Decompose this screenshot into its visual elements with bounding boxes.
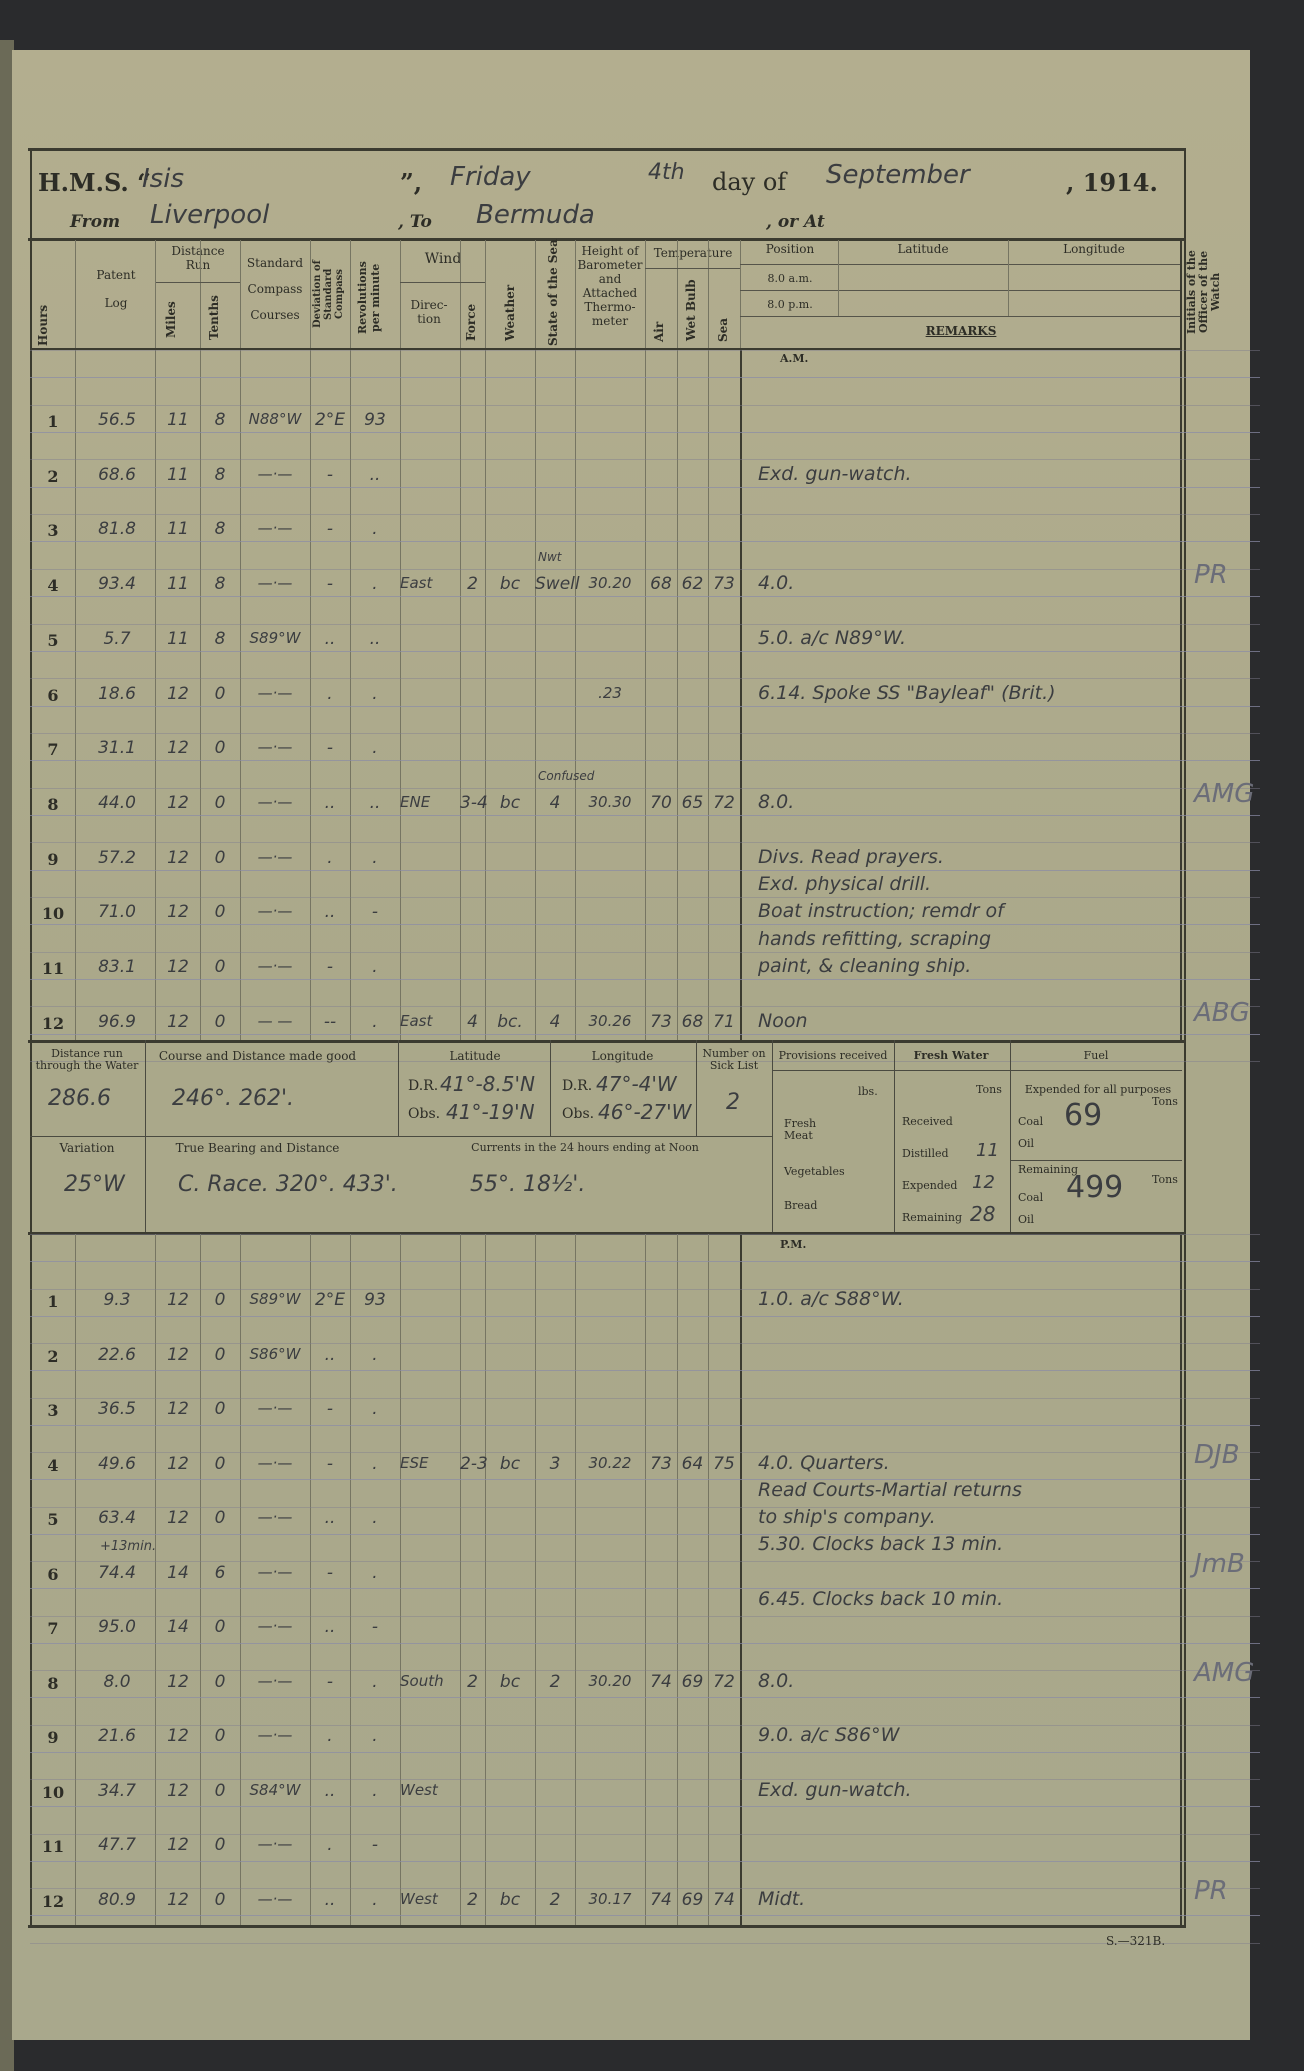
cell-sea-state: 2 bbox=[535, 1672, 575, 1692]
cell-tenths: 0 bbox=[200, 902, 240, 922]
cell-wet: 69 bbox=[677, 1890, 708, 1910]
cell-deviation: - bbox=[310, 1454, 350, 1474]
cell-revs: . bbox=[350, 684, 400, 704]
ruled-line bbox=[30, 1915, 1260, 1916]
hour-label: 9 bbox=[38, 1728, 68, 1747]
cell-air: 73 bbox=[645, 1012, 677, 1032]
cell-wind-dir: South bbox=[400, 1672, 460, 1690]
cell-course: — — bbox=[240, 1012, 310, 1030]
grid-column-line bbox=[740, 1234, 742, 1925]
cell-course: —·— bbox=[240, 793, 310, 811]
cell-log: 18.6 bbox=[80, 684, 154, 704]
cell-wet: 62 bbox=[677, 574, 708, 594]
cell-miles: 12 bbox=[156, 684, 200, 704]
pm-label: P.M. bbox=[780, 1238, 806, 1251]
cell-sea: 71 bbox=[708, 1012, 740, 1032]
ruled-line bbox=[30, 897, 1260, 898]
cell-tenths: 8 bbox=[200, 410, 240, 430]
cell-course: N88°W bbox=[240, 410, 310, 428]
header-column-line bbox=[155, 240, 156, 348]
officer-initials: AMG bbox=[1194, 1658, 1254, 1688]
cell-force: 3-4 bbox=[460, 793, 485, 813]
officer-initials: PR bbox=[1194, 1876, 1228, 1906]
col-position-am: 8.0 a.m. bbox=[742, 272, 838, 286]
hour-label: 5 bbox=[38, 1510, 68, 1529]
cell-wind-dir: East bbox=[400, 1012, 460, 1030]
cell-miles: 12 bbox=[156, 1399, 200, 1419]
fuel-expended-unit: Tons bbox=[1152, 1096, 1178, 1108]
cell-deviation: .. bbox=[310, 1617, 350, 1637]
coal-expended-label: Coal bbox=[1018, 1116, 1043, 1128]
hour-label: 6 bbox=[38, 1565, 68, 1584]
col-remarks: REMARKS bbox=[742, 324, 1180, 338]
cell-miles: 12 bbox=[156, 793, 200, 813]
cell-miles: 12 bbox=[156, 1454, 200, 1474]
cell-tenths: 0 bbox=[200, 793, 240, 813]
cell-wind-dir: West bbox=[400, 1890, 460, 1908]
hour-label: 7 bbox=[38, 1619, 68, 1638]
cell-course: S89°W bbox=[240, 1290, 310, 1308]
position-divider-3 bbox=[740, 316, 1180, 317]
cell-deviation: - bbox=[310, 738, 350, 758]
cell-revs: .. bbox=[350, 793, 400, 813]
col-barometer-line2: Barometer bbox=[577, 258, 642, 272]
cell-course: —·— bbox=[240, 902, 310, 920]
cell-force: 2-3 bbox=[460, 1454, 485, 1474]
cell-tenths: 8 bbox=[200, 519, 240, 539]
ruled-line bbox=[30, 733, 1260, 734]
cell-log: 81.8 bbox=[80, 519, 154, 539]
distance-water-value: 286.6 bbox=[48, 1086, 111, 1111]
col-distance-run-line1: Distance bbox=[171, 244, 224, 258]
cell-log: 71.0 bbox=[80, 902, 154, 922]
cell-miles: 11 bbox=[156, 410, 200, 430]
ruled-line bbox=[30, 1752, 1260, 1753]
from-label: From bbox=[70, 212, 120, 232]
header-column-line bbox=[535, 240, 536, 348]
cell-miles: 12 bbox=[156, 1345, 200, 1365]
cell-tenths: 0 bbox=[200, 1617, 240, 1637]
fresh-meat-label: Fresh Meat bbox=[784, 1118, 824, 1142]
cell-sea: 74 bbox=[708, 1890, 740, 1910]
cell-barometer: 30.30 bbox=[575, 793, 645, 811]
bottom-rule bbox=[28, 1925, 1186, 1928]
oil-remaining-label: Oil bbox=[1018, 1214, 1034, 1226]
ship-label: H.M.S. “ bbox=[38, 168, 151, 197]
hour-label: 11 bbox=[38, 1837, 68, 1856]
temperature-divider bbox=[645, 268, 740, 269]
position-column-line bbox=[1008, 240, 1009, 316]
col-miles: Miles bbox=[164, 295, 178, 345]
cell-deviation: .. bbox=[310, 902, 350, 922]
col-air: Air bbox=[652, 318, 666, 346]
header-rule bbox=[28, 238, 1186, 241]
col-latitude: Latitude bbox=[838, 242, 1008, 256]
remark-text: 4.0. Quarters. bbox=[758, 1452, 890, 1474]
cell-revs: - bbox=[350, 902, 400, 922]
officer-initials: JmB bbox=[1194, 1549, 1245, 1579]
ship-name: Isis bbox=[142, 164, 184, 194]
remark-text: 6.14. Spoke SS "Bayleaf" (Brit.) bbox=[758, 682, 1056, 704]
provisions-label: Provisions received bbox=[774, 1050, 892, 1062]
ruled-line bbox=[30, 1261, 1260, 1262]
cell-course: S89°W bbox=[240, 629, 310, 647]
remark-text: 4.0. bbox=[758, 572, 794, 594]
noon-row-line bbox=[30, 1136, 772, 1137]
cell-tenths: 0 bbox=[200, 1345, 240, 1365]
cell-log: 36.5 bbox=[80, 1399, 154, 1419]
cell-deviation: - bbox=[310, 957, 350, 977]
officer-initials: ABG bbox=[1194, 998, 1250, 1028]
water-expended-value: 12 bbox=[972, 1172, 995, 1193]
remark-text: Read Courts-Martial returns bbox=[758, 1479, 1022, 1501]
cell-deviation: . bbox=[310, 1835, 350, 1855]
header-column-line bbox=[740, 240, 741, 348]
cell-sea-state: 3 bbox=[535, 1454, 575, 1474]
remark-text: to ship's company. bbox=[758, 1506, 936, 1528]
cell-course: —·— bbox=[240, 848, 310, 866]
variation-value: 25°W bbox=[64, 1172, 125, 1197]
cell-wet: 69 bbox=[677, 1672, 708, 1692]
hour-label: 3 bbox=[38, 1401, 68, 1420]
header-column-line bbox=[240, 240, 241, 348]
header-column-line bbox=[350, 240, 351, 348]
cell-log: 95.0 bbox=[80, 1617, 154, 1637]
cell-air: 73 bbox=[645, 1454, 677, 1474]
grid-column-line bbox=[460, 1234, 461, 1925]
grid-column-line bbox=[400, 350, 401, 1040]
header-column-line bbox=[677, 240, 678, 348]
day: 4th bbox=[648, 160, 685, 185]
vegetables-label: Vegetables bbox=[784, 1166, 845, 1178]
ruled-line bbox=[30, 1943, 1260, 1944]
cell-miles: 12 bbox=[156, 957, 200, 977]
cell-deviation: - bbox=[310, 465, 350, 485]
officer-initials: AMG bbox=[1194, 779, 1254, 809]
remark-text: Noon bbox=[758, 1010, 808, 1032]
cell-miles: 12 bbox=[156, 1672, 200, 1692]
noon-column-line bbox=[894, 1040, 895, 1232]
cell-tenths: 0 bbox=[200, 738, 240, 758]
variation-label: Variation bbox=[32, 1142, 142, 1154]
cell-course: S84°W bbox=[240, 1781, 310, 1799]
water-remaining-label: Remaining bbox=[902, 1212, 962, 1224]
ruled-line bbox=[30, 678, 1260, 679]
cell-course: —·— bbox=[240, 1508, 310, 1526]
cell-log: 56.5 bbox=[80, 410, 154, 430]
cell-force: 2 bbox=[460, 574, 485, 594]
grid-column-line bbox=[400, 1234, 401, 1925]
grid-column-line bbox=[75, 350, 76, 1040]
grid-column-line bbox=[1180, 1234, 1182, 1925]
cell-course: —·— bbox=[240, 1617, 310, 1635]
lon-dr-value: 47°-4'W bbox=[596, 1072, 677, 1096]
ruled-line bbox=[30, 1643, 1260, 1644]
cell-revs: . bbox=[350, 1399, 400, 1419]
grid-column-line bbox=[485, 350, 486, 1040]
cell-deviation: - bbox=[310, 574, 350, 594]
grid-column-line bbox=[677, 1234, 678, 1925]
grid-column-line bbox=[645, 350, 646, 1040]
col-distance-run-line2: Run bbox=[186, 258, 211, 272]
grid-column-line bbox=[575, 1234, 576, 1925]
cell-deviation: .. bbox=[310, 1890, 350, 1910]
cell-wet: 65 bbox=[677, 793, 708, 813]
cell-deviation: . bbox=[310, 848, 350, 868]
cell-revs: . bbox=[350, 1345, 400, 1365]
weekday: Friday bbox=[450, 162, 531, 192]
grid-column-line bbox=[740, 350, 742, 1040]
cell-deviation: .. bbox=[310, 1781, 350, 1801]
cell-course: —·— bbox=[240, 574, 310, 592]
cell-course: —·— bbox=[240, 1454, 310, 1472]
remark-text: 5.30. Clocks back 13 min. bbox=[758, 1533, 1003, 1555]
cell-log: 68.6 bbox=[80, 465, 154, 485]
col-revolutions: Revolutions per minute bbox=[356, 250, 392, 346]
course-made-good-label: Course and Distance made good bbox=[145, 1050, 370, 1062]
grid-column-line bbox=[645, 1234, 646, 1925]
ruled-line bbox=[30, 377, 1260, 378]
cell-tenths: 8 bbox=[200, 629, 240, 649]
cell-sea: 75 bbox=[708, 1454, 740, 1474]
water-received-label: Received bbox=[902, 1116, 953, 1128]
cell-revs: . bbox=[350, 1672, 400, 1692]
cell-deviation: - bbox=[310, 1672, 350, 1692]
grid-column-line bbox=[677, 350, 678, 1040]
cell-barometer: 30.20 bbox=[575, 574, 645, 592]
cell-course: —·— bbox=[240, 1890, 310, 1908]
cell-revs: . bbox=[350, 1508, 400, 1528]
hour-label: 4 bbox=[38, 1456, 68, 1475]
cell-weather: bc bbox=[485, 574, 535, 594]
grid-column-line bbox=[485, 1234, 486, 1925]
header-column-line bbox=[400, 240, 401, 348]
form-number: S.—321B. bbox=[1106, 1934, 1165, 1948]
cell-revs: 93 bbox=[350, 410, 400, 430]
cell-deviation: - bbox=[310, 519, 350, 539]
grid-column-line bbox=[708, 1234, 709, 1925]
cell-log: 63.4 bbox=[80, 1508, 154, 1528]
ruled-line bbox=[30, 624, 1260, 625]
cell-revs: . bbox=[350, 738, 400, 758]
ruled-line bbox=[30, 514, 1260, 515]
col-direction-line2: tion bbox=[417, 312, 441, 326]
cell-revs: . bbox=[350, 1781, 400, 1801]
noon-top-rule bbox=[28, 1040, 1186, 1043]
wind-divider bbox=[400, 282, 485, 283]
cell-log: 22.6 bbox=[80, 1345, 154, 1365]
ruled-line bbox=[30, 405, 1260, 406]
cell-force: 4 bbox=[460, 1012, 485, 1032]
cell-revs: . bbox=[350, 574, 400, 594]
bread-label: Bread bbox=[784, 1200, 817, 1212]
cell-log: 49.6 bbox=[80, 1454, 154, 1474]
lon-obs-value: 46°-27'W bbox=[598, 1100, 691, 1124]
cell-course: —·— bbox=[240, 738, 310, 756]
cell-deviation: .. bbox=[310, 1508, 350, 1528]
coal-expended-value: 69 bbox=[1064, 1098, 1102, 1133]
lat-obs-value: 41°-19'N bbox=[446, 1100, 535, 1124]
remark-text: Exd. physical drill. bbox=[758, 873, 931, 895]
ruled-line bbox=[30, 924, 1260, 925]
cell-barometer: 30.17 bbox=[575, 1890, 645, 1908]
cell-air: 74 bbox=[645, 1672, 677, 1692]
coal-remaining-label: Coal bbox=[1018, 1192, 1043, 1204]
col-sea-temp: Sea bbox=[716, 315, 730, 345]
col-wet-bulb: Wet Bulb bbox=[684, 275, 698, 345]
cell-tenths: 8 bbox=[200, 574, 240, 594]
col-force: Force bbox=[464, 300, 478, 345]
cell-deviation: 2°E bbox=[310, 410, 350, 430]
cell-tenths: 8 bbox=[200, 465, 240, 485]
header-column-line bbox=[200, 240, 201, 348]
cell-revs: .. bbox=[350, 629, 400, 649]
noon-column-line bbox=[550, 1040, 551, 1136]
cell-log: 74.4 bbox=[80, 1563, 154, 1583]
ruled-line bbox=[30, 952, 1260, 953]
cell-course: —·— bbox=[240, 1399, 310, 1417]
cell-sea-state: 2 bbox=[535, 1890, 575, 1910]
cell-sea: 73 bbox=[708, 574, 740, 594]
fuel-remaining-unit: Tons bbox=[1152, 1174, 1178, 1186]
cell-barometer: .23 bbox=[575, 684, 645, 702]
fuel-label: Fuel bbox=[1012, 1050, 1180, 1062]
distance-water-label: Distance run through the Water bbox=[32, 1048, 142, 1072]
hour-label: 11 bbox=[38, 959, 68, 978]
ruled-line bbox=[30, 651, 1260, 652]
grid-column-line bbox=[708, 350, 709, 1040]
hour-label: 5 bbox=[38, 631, 68, 650]
log-note: +13min. bbox=[100, 1539, 156, 1554]
cell-deviation: - bbox=[310, 1563, 350, 1583]
cell-course: S86°W bbox=[240, 1345, 310, 1363]
cell-miles: 12 bbox=[156, 902, 200, 922]
hour-label: 10 bbox=[38, 904, 68, 923]
col-barometer: Height of Barometer and Attached Thermo-… bbox=[574, 244, 646, 328]
cell-deviation: . bbox=[310, 1726, 350, 1746]
cell-log: 9.3 bbox=[80, 1290, 154, 1310]
cell-miles: 14 bbox=[156, 1563, 200, 1583]
cell-sea: 72 bbox=[708, 1672, 740, 1692]
cell-deviation: .. bbox=[310, 629, 350, 649]
col-barometer-line5: Thermo- bbox=[584, 300, 635, 314]
cell-air: 74 bbox=[645, 1890, 677, 1910]
hour-label: 12 bbox=[38, 1014, 68, 1033]
ruled-line bbox=[30, 487, 1260, 488]
cell-tenths: 0 bbox=[200, 1890, 240, 1910]
ship-name-close: ”, bbox=[400, 168, 422, 197]
ruled-line bbox=[30, 1316, 1260, 1317]
col-state-of-sea: State of the Sea bbox=[546, 242, 560, 346]
day-of-label: day of bbox=[712, 168, 786, 196]
cell-course: —·— bbox=[240, 465, 310, 483]
sea-state-note: Confused bbox=[538, 769, 594, 783]
noon-column-line bbox=[772, 1040, 773, 1232]
cell-wind-dir: West bbox=[400, 1781, 460, 1799]
cell-course: —·— bbox=[240, 1835, 310, 1853]
cell-weather: bc. bbox=[485, 1012, 535, 1032]
remark-text: hands refitting, scraping bbox=[758, 928, 991, 950]
col-barometer-line6: meter bbox=[592, 314, 628, 328]
cell-revs: 93 bbox=[350, 1290, 400, 1310]
cell-revs: - bbox=[350, 1835, 400, 1855]
to-label: , To bbox=[398, 212, 432, 232]
lat-dr-label: D.R. bbox=[408, 1080, 438, 1092]
ruled-line bbox=[30, 1034, 1260, 1035]
cell-weather: bc bbox=[485, 1890, 535, 1910]
cell-force: 2 bbox=[460, 1890, 485, 1910]
cell-revs: . bbox=[350, 1890, 400, 1910]
cell-tenths: 0 bbox=[200, 1835, 240, 1855]
cell-revs: . bbox=[350, 1726, 400, 1746]
remark-text: 6.45. Clocks back 10 min. bbox=[758, 1588, 1003, 1610]
cell-deviation: -- bbox=[310, 1012, 350, 1032]
hour-label: 12 bbox=[38, 1892, 68, 1911]
noon-row-line bbox=[1010, 1160, 1182, 1161]
longitude-label: Longitude bbox=[550, 1050, 695, 1062]
cell-log: 47.7 bbox=[80, 1835, 154, 1855]
ruled-line bbox=[30, 1697, 1260, 1698]
cell-sea-state: 4 bbox=[535, 1012, 575, 1032]
cell-revs: . bbox=[350, 1012, 400, 1032]
ruled-line bbox=[30, 760, 1260, 761]
hour-label: 1 bbox=[38, 1292, 68, 1311]
cell-deviation: .. bbox=[310, 793, 350, 813]
col-weather: Weather bbox=[503, 280, 517, 345]
ruled-line bbox=[30, 459, 1260, 460]
cell-log: 83.1 bbox=[80, 957, 154, 977]
cell-miles: 11 bbox=[156, 519, 200, 539]
cell-tenths: 0 bbox=[200, 1781, 240, 1801]
lat-obs-label: Obs. bbox=[408, 1108, 440, 1120]
cell-tenths: 0 bbox=[200, 1508, 240, 1528]
ruled-line bbox=[30, 1479, 1260, 1480]
currents-label: Currents in the 24 hours ending at Noon bbox=[400, 1142, 770, 1154]
noon-column-line bbox=[696, 1040, 697, 1136]
remark-text: 8.0. bbox=[758, 1670, 794, 1692]
cell-tenths: 0 bbox=[200, 1672, 240, 1692]
cell-sea-state: 4 bbox=[535, 793, 575, 813]
hour-label: 6 bbox=[38, 686, 68, 705]
cell-tenths: 0 bbox=[200, 684, 240, 704]
am-label: A.M. bbox=[780, 352, 808, 365]
cell-barometer: 30.20 bbox=[575, 1672, 645, 1690]
cell-log: 44.0 bbox=[80, 793, 154, 813]
cell-tenths: 6 bbox=[200, 1563, 240, 1583]
remark-text: Divs. Read prayers. bbox=[758, 846, 944, 868]
ruled-line bbox=[30, 706, 1260, 707]
hour-label: 4 bbox=[38, 576, 68, 595]
hour-label: 2 bbox=[38, 1347, 68, 1366]
grid-column-line bbox=[1180, 350, 1182, 1040]
cell-revs: . bbox=[350, 519, 400, 539]
cell-miles: 12 bbox=[156, 1290, 200, 1310]
course-made-good-value: 246°. 262'. bbox=[172, 1086, 294, 1111]
remark-text: 8.0. bbox=[758, 791, 794, 813]
ruled-line bbox=[30, 870, 1260, 871]
ruled-line bbox=[30, 541, 1260, 542]
lat-dr-value: 41°-8.5'N bbox=[440, 1072, 535, 1096]
header-column-line bbox=[1180, 240, 1182, 348]
remark-text: 9.0. a/c S86°W bbox=[758, 1724, 899, 1746]
cell-revs: - bbox=[350, 1617, 400, 1637]
col-position: Position bbox=[742, 242, 838, 256]
or-at-label: , or At bbox=[766, 212, 825, 232]
ruled-line bbox=[30, 350, 1260, 351]
provisions-unit: lbs. bbox=[858, 1086, 878, 1098]
cell-deviation: - bbox=[310, 1399, 350, 1419]
ruled-line bbox=[30, 596, 1260, 597]
